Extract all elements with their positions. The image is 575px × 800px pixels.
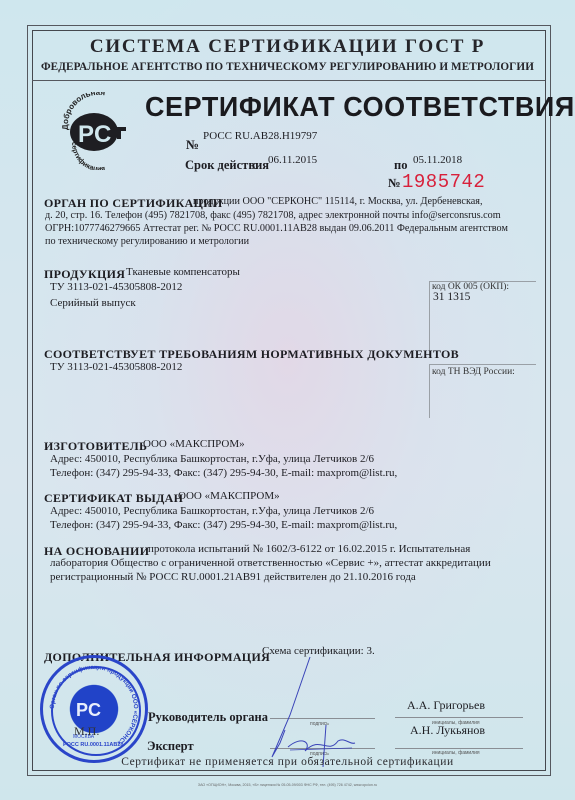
rst-logo-icon: Добровольная PC сертификация <box>58 92 138 170</box>
basis-line1: протокола испытаний № 1602/3-6122 от 16.… <box>148 543 470 555</box>
serial-number: 1985742 <box>402 171 485 193</box>
issued-to-name: ООО «МАКСПРОМ» <box>178 490 280 502</box>
certification-body-line2: д. 20, стр. 16. Телефон (495) 7821708, ф… <box>45 210 501 221</box>
issued-to-contacts: Телефон: (347) 295-94-33, Факс: (347) 29… <box>50 519 397 531</box>
certificate-title: СЕРТИФИКАТ СООТВЕТСТВИЯ <box>145 91 575 123</box>
issued-to-address: Адрес: 450010, Республика Башкортостан, … <box>50 505 374 517</box>
conformity-label: СООТВЕТСТВУЕТ ТРЕБОВАНИЯМ НОРМАТИВНЫХ ДО… <box>44 347 459 362</box>
certification-body-line4: по техническому регулированию и метролог… <box>45 236 249 247</box>
seal-label: М.П. <box>74 724 99 739</box>
seal-reg: РОСС RU.0001.11АВ28 <box>63 742 123 748</box>
manufacturer-contacts: Телефон: (347) 295-94-33, Факс: (347) 29… <box>50 467 397 479</box>
serial-number-sign: № <box>388 176 401 191</box>
issued-to-label: СЕРТИФИКАТ ВЫДАН <box>44 491 183 506</box>
system-title: СИСТЕМА СЕРТИФИКАЦИИ ГОСТ Р <box>0 36 575 58</box>
expert-name-line <box>395 748 523 749</box>
print-line: ЗАО «ОПЦИОН», Москва, 2015, «Б» лицензия… <box>0 783 575 787</box>
valid-from-date: 06.11.2015 <box>268 154 317 166</box>
official-seal-stamp: Орган по сертификации продукции ООО «СЕР… <box>40 655 148 763</box>
number-sign: № <box>186 137 199 153</box>
certification-body-line3: ОГРН:1077746279665 Аттестат рег. № РОСС … <box>45 223 508 234</box>
valid-to-date: 05.11.2018 <box>413 154 462 166</box>
product-name: Тканевые компенсаторы <box>126 266 240 278</box>
expert-label: Эксперт <box>147 739 194 754</box>
okp-code-value: 31 1315 <box>433 291 470 303</box>
expert-name: А.Н. Лукьянов <box>410 723 485 738</box>
seal-icon: Орган по сертификации продукции ООО «СЕР… <box>43 658 145 760</box>
head-name-line <box>395 717 523 718</box>
basis-line2: лаборатория Общество с ограниченной отве… <box>50 557 491 569</box>
certification-body-line1: продукции ООО "СЕРКОНС" 115114, г. Москв… <box>193 196 483 207</box>
footer-note: Сертификат не применяется при обязательн… <box>0 756 575 768</box>
tnved-code-label: код ТН ВЭД России: <box>432 367 515 377</box>
product-spec: ТУ 3113-021-45305808-2012 <box>50 281 182 293</box>
header-divider <box>32 80 545 81</box>
valid-from-label: с <box>252 158 258 173</box>
manufacturer-name: ООО «МАКСПРОМ» <box>143 438 245 450</box>
product-label: ПРОДУКЦИЯ <box>44 267 125 282</box>
head-name: А.А. Григорьев <box>407 698 485 713</box>
signature-strokes-icon <box>250 655 370 770</box>
svg-text:PC: PC <box>76 700 101 720</box>
agency-title: ФЕДЕРАЛЬНОЕ АГЕНТСТВО ПО ТЕХНИЧЕСКОМУ РЕ… <box>0 61 575 73</box>
svg-text:PC: PC <box>78 121 111 148</box>
basis-line3: регистрационный № РОСС RU.0001.21АВ91 де… <box>50 571 416 583</box>
product-release: Серийный выпуск <box>50 297 136 309</box>
manufacturer-address: Адрес: 450010, Республика Башкортостан, … <box>50 453 374 465</box>
manufacturer-label: ИЗГОТОВИТЕЛЬ <box>44 439 147 454</box>
voluntary-certification-logo: Добровольная PC сертификация <box>58 92 138 170</box>
certificate-number: РОСС RU.АВ28.Н19797 <box>203 130 317 142</box>
conformity-document: ТУ 3113-021-45305808-2012 <box>50 361 182 373</box>
